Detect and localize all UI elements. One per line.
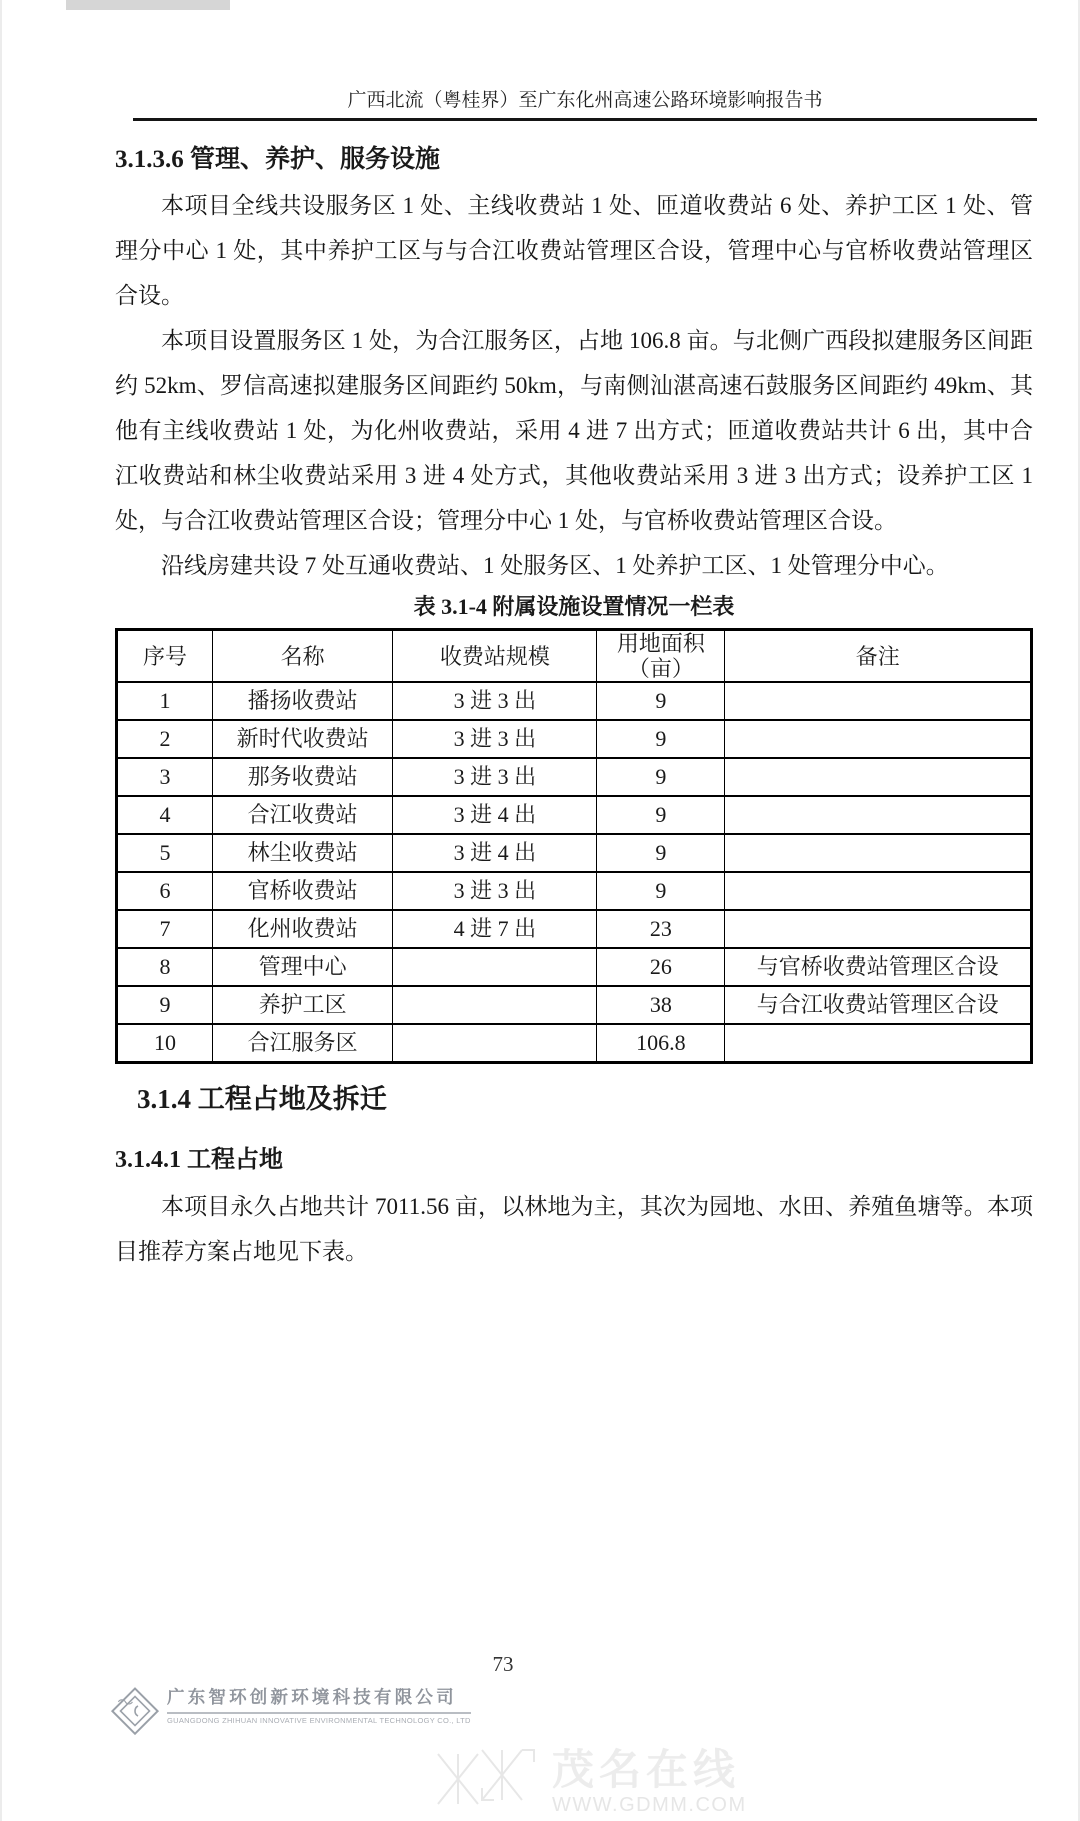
running-header: 广西北流（粤桂界）至广东化州高速公路环境影响报告书	[133, 0, 1037, 121]
cell-scale: 3 进 3 出	[393, 720, 597, 758]
col-header-name: 名称	[213, 630, 393, 683]
watermark-site-url: WWW.GDMM.COM	[552, 1795, 747, 1815]
cell-name: 合江服务区	[213, 1024, 393, 1063]
cell-no: 8	[117, 948, 213, 986]
site-watermark: 茂名在线 WWW.GDMM.COM	[430, 1744, 747, 1815]
cell-scale: 3 进 3 出	[393, 682, 597, 720]
company-text-block: 广东智环创新环境科技有限公司 GUANGDONG ZHIHUAN INNOVAT…	[167, 1684, 471, 1725]
page-content: 3.1.3.6 管理、养护、服务设施 本项目全线共设服务区 1 处、主线收费站 …	[115, 143, 1033, 1274]
cell-name: 管理中心	[213, 948, 393, 986]
table-row: 1 播扬收费站 3 进 3 出 9	[117, 682, 1032, 720]
scan-artifact	[66, 0, 230, 10]
cell-area: 9	[597, 720, 725, 758]
table-row: 9 养护工区 38 与合江收费站管理区合设	[117, 986, 1032, 1024]
col-header-remark: 备注	[725, 630, 1032, 683]
col-header-scale: 收费站规模	[393, 630, 597, 683]
section-heading-3141: 3.1.4.1 工程占地	[115, 1144, 1033, 1176]
cell-no: 3	[117, 758, 213, 796]
cell-area: 9	[597, 796, 725, 834]
table-row: 2 新时代收费站 3 进 3 出 9	[117, 720, 1032, 758]
cell-no: 2	[117, 720, 213, 758]
paragraph-buildings-summary: 沿线房建共设 7 处互通收费站、1 处服务区、1 处养护工区、1 处管理分中心。	[115, 543, 1033, 588]
cell-area: 26	[597, 948, 725, 986]
col-header-no: 序号	[117, 630, 213, 683]
cell-name: 合江收费站	[213, 796, 393, 834]
cell-name: 养护工区	[213, 986, 393, 1024]
cell-area: 9	[597, 758, 725, 796]
table-row: 6 官桥收费站 3 进 3 出 9	[117, 872, 1032, 910]
cell-scale: 4 进 7 出	[393, 910, 597, 948]
company-logo: 广东智环创新环境科技有限公司 GUANGDONG ZHIHUAN INNOVAT…	[108, 1684, 471, 1743]
section-heading-3136: 3.1.3.6 管理、养护、服务设施	[115, 143, 1033, 177]
cell-name: 林尘收费站	[213, 834, 393, 872]
cell-scale: 3 进 3 出	[393, 758, 597, 796]
cell-remark: 与合江收费站管理区合设	[725, 986, 1032, 1024]
cell-area: 9	[597, 682, 725, 720]
company-name-en: GUANGDONG ZHIHUAN INNOVATIVE ENVIRONMENT…	[167, 1716, 471, 1725]
cell-no: 1	[117, 682, 213, 720]
cell-remark	[725, 796, 1032, 834]
paragraph-land-occupation: 本项目永久占地共计 7011.56 亩，以林地为主，其次为园地、水田、养殖鱼塘等…	[115, 1184, 1033, 1274]
facilities-table: 序号 名称 收费站规模 用地面积 （亩） 备注 1 播扬收费站 3 进 3 出 …	[115, 628, 1033, 1064]
diamond-logo-icon	[108, 1684, 162, 1743]
table-row: 4 合江收费站 3 进 4 出 9	[117, 796, 1032, 834]
watermark-x-icon	[430, 1744, 540, 1815]
table-row: 8 管理中心 26 与官桥收费站管理区合设	[117, 948, 1032, 986]
cell-area: 9	[597, 872, 725, 910]
cell-remark	[725, 834, 1032, 872]
cell-no: 5	[117, 834, 213, 872]
cell-no: 4	[117, 796, 213, 834]
cell-name: 化州收费站	[213, 910, 393, 948]
cell-no: 7	[117, 910, 213, 948]
cell-remark: 与官桥收费站管理区合设	[725, 948, 1032, 986]
cell-scale: 3 进 4 出	[393, 834, 597, 872]
cell-remark	[725, 758, 1032, 796]
table-row: 10 合江服务区 106.8	[117, 1024, 1032, 1063]
col-header-area: 用地面积 （亩）	[597, 630, 725, 683]
cell-remark	[725, 682, 1032, 720]
cell-no: 9	[117, 986, 213, 1024]
cell-area: 23	[597, 910, 725, 948]
cell-name: 官桥收费站	[213, 872, 393, 910]
table-title: 表 3.1-4 附属设施设置情况一栏表	[115, 592, 1033, 622]
cell-name: 播扬收费站	[213, 682, 393, 720]
cell-no: 6	[117, 872, 213, 910]
cell-remark	[725, 910, 1032, 948]
cell-scale	[393, 1024, 597, 1063]
watermark-text-block: 茂名在线 WWW.GDMM.COM	[552, 1749, 747, 1815]
paragraph-facilities-overview: 本项目全线共设服务区 1 处、主线收费站 1 处、匝道收费站 6 处、养护工区 …	[115, 183, 1033, 318]
cell-no: 10	[117, 1024, 213, 1063]
page-number: 73	[2, 1652, 1004, 1677]
watermark-site-name: 茂名在线	[552, 1749, 747, 1791]
cell-area: 106.8	[597, 1024, 725, 1063]
section-heading-314: 3.1.4 工程占地及拆迁	[137, 1082, 1033, 1116]
document-title: 广西北流（粤桂界）至广东化州高速公路环境影响报告书	[347, 90, 822, 111]
cell-name: 新时代收费站	[213, 720, 393, 758]
cell-area: 38	[597, 986, 725, 1024]
cell-scale	[393, 986, 597, 1024]
cell-scale: 3 进 4 出	[393, 796, 597, 834]
table-header-row: 序号 名称 收费站规模 用地面积 （亩） 备注	[117, 630, 1032, 683]
cell-name: 那务收费站	[213, 758, 393, 796]
cell-remark	[725, 872, 1032, 910]
cell-scale	[393, 948, 597, 986]
table-row: 7 化州收费站 4 进 7 出 23	[117, 910, 1032, 948]
company-name-cn: 广东智环创新环境科技有限公司	[167, 1684, 471, 1714]
paragraph-service-area-detail: 本项目设置服务区 1 处，为合江服务区，占地 106.8 亩。与北侧广西段拟建服…	[115, 318, 1033, 543]
cell-area: 9	[597, 834, 725, 872]
cell-remark	[725, 720, 1032, 758]
cell-scale: 3 进 3 出	[393, 872, 597, 910]
table-row: 3 那务收费站 3 进 3 出 9	[117, 758, 1032, 796]
document-page: 广西北流（粤桂界）至广东化州高速公路环境影响报告书 3.1.3.6 管理、养护、…	[0, 0, 1080, 1821]
cell-remark	[725, 1024, 1032, 1063]
table-row: 5 林尘收费站 3 进 4 出 9	[117, 834, 1032, 872]
